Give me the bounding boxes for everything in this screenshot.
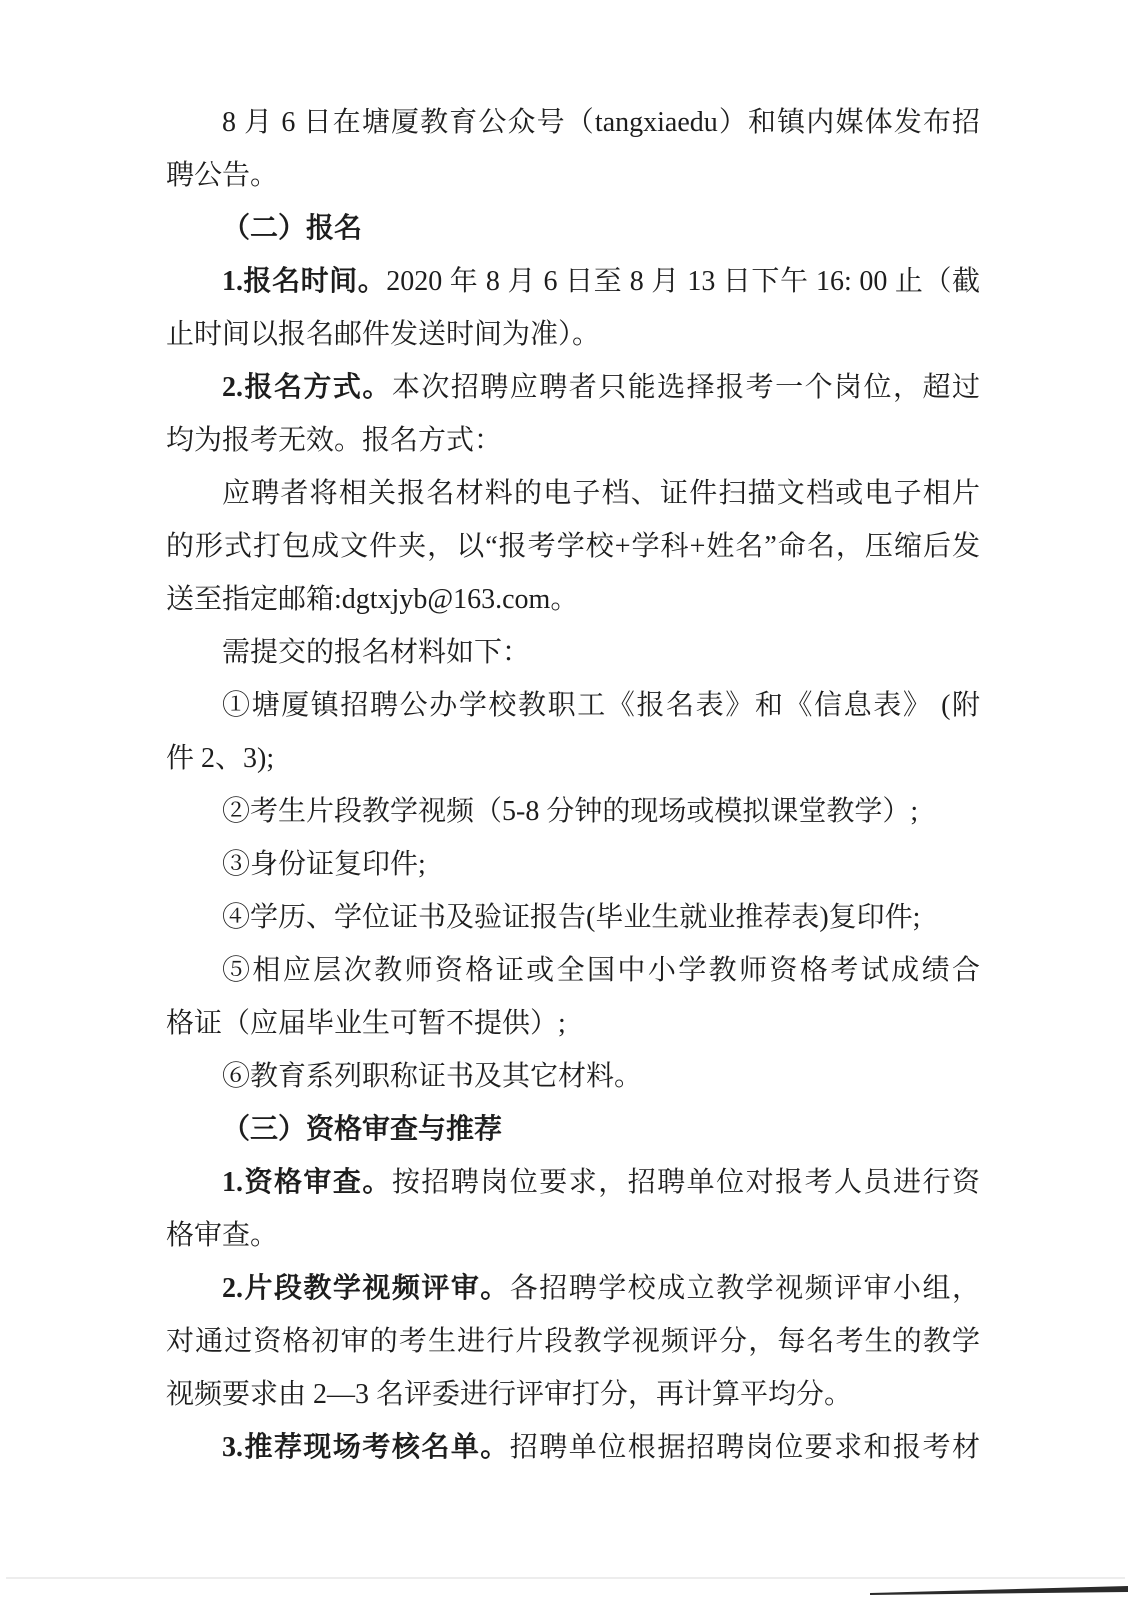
document-text: 8 月 6 日在塘厦教育公众号（tangxiaedu）和镇内媒体发布招聘公告。（… — [166, 96, 980, 1474]
text-line: 视频要求由 2—3 名评委进行评审打分，再计算平均分。 — [166, 1368, 980, 1421]
scan-artifact-rule — [6, 1577, 1125, 1579]
text-line: （三）资格审查与推荐 — [166, 1103, 980, 1156]
text-run: ①塘厦镇招聘公办学校教职工《报名表》和《信息表》 (附 — [222, 690, 980, 721]
text-run: ③身份证复印件; — [222, 849, 426, 880]
bold-run: 1.资格审查。 — [222, 1167, 392, 1198]
text-run: 件 2、3); — [166, 743, 274, 774]
bold-run: （三）资格审查与推荐 — [222, 1114, 502, 1145]
text-line: ⑥教育系列职称证书及其它材料。 — [166, 1050, 980, 1103]
text-line: 1.报名时间。2020 年 8 月 6 日至 8 月 13 日下午 16: 00… — [166, 255, 980, 308]
bold-run: 3.推荐现场考核名单。 — [222, 1432, 510, 1463]
text-line: 格证（应届毕业生可暂不提供）; — [166, 997, 980, 1050]
text-line: 的形式打包成文件夹，以“报考学校+学科+姓名”命名，压缩后发 — [166, 520, 980, 573]
text-line: 格审查。 — [166, 1209, 980, 1262]
text-run: 2020 年 8 月 6 日至 8 月 13 日下午 16: 00 止（截 — [386, 266, 980, 297]
bold-run: 1.报名时间。 — [222, 266, 386, 297]
text-line: ④学历、学位证书及验证报告(毕业生就业推荐表)复印件; — [166, 891, 980, 944]
text-line: 应聘者将相关报名材料的电子档、证件扫描文档或电子相片 — [166, 467, 980, 520]
text-run: 止时间以报名邮件发送时间为准）。 — [166, 319, 600, 350]
text-run: 格证（应届毕业生可暂不提供）; — [166, 1008, 566, 1039]
text-run: ⑤相应层次教师资格证或全国中小学教师资格考试成绩合 — [222, 955, 980, 986]
text-run: 需提交的报名材料如下： — [222, 637, 530, 668]
bold-run: 2.报名方式。 — [222, 372, 392, 403]
text-run: ②考生片段教学视频（5-8 分钟的现场或模拟课堂教学）; — [222, 796, 918, 827]
text-line: 对通过资格初审的考生进行片段教学视频评分，每名考生的教学 — [166, 1315, 980, 1368]
text-run: 本次招聘应聘者只能选择报考一个岗位，超过 — [392, 372, 980, 403]
text-run: ④学历、学位证书及验证报告(毕业生就业推荐表)复印件; — [222, 902, 920, 933]
text-line: 2.片段教学视频评审。各招聘学校成立教学视频评审小组， — [166, 1262, 980, 1315]
text-line: 需提交的报名材料如下： — [166, 626, 980, 679]
bold-run: 2.片段教学视频评审。 — [222, 1273, 510, 1304]
text-run: 聘公告。 — [166, 160, 278, 191]
scan-artifact-mark — [870, 1584, 1130, 1598]
text-line: 均为报考无效。报名方式： — [166, 414, 980, 467]
text-line: ②考生片段教学视频（5-8 分钟的现场或模拟课堂教学）; — [166, 785, 980, 838]
text-line: ①塘厦镇招聘公办学校教职工《报名表》和《信息表》 (附 — [166, 679, 980, 732]
text-line: 聘公告。 — [166, 149, 980, 202]
text-run: 对通过资格初审的考生进行片段教学视频评分，每名考生的教学 — [166, 1326, 980, 1357]
text-run: 8 月 6 日在塘厦教育公众号（tangxiaedu）和镇内媒体发布招 — [222, 107, 980, 138]
text-line: 件 2、3); — [166, 732, 980, 785]
text-run: 按招聘岗位要求，招聘单位对报考人员进行资 — [392, 1167, 980, 1198]
text-line: ⑤相应层次教师资格证或全国中小学教师资格考试成绩合 — [166, 944, 980, 997]
text-line: 8 月 6 日在塘厦教育公众号（tangxiaedu）和镇内媒体发布招 — [166, 96, 980, 149]
text-line: 1.资格审查。按招聘岗位要求，招聘单位对报考人员进行资 — [166, 1156, 980, 1209]
text-run: 均为报考无效。报名方式： — [166, 425, 502, 456]
text-run: 各招聘学校成立教学视频评审小组， — [510, 1273, 980, 1304]
text-run: 视频要求由 2—3 名评委进行评审打分，再计算平均分。 — [166, 1379, 852, 1410]
text-line: 送至指定邮箱:dgtxjyb@163.com。 — [166, 573, 980, 626]
text-run: 格审查。 — [166, 1220, 278, 1251]
text-line: 止时间以报名邮件发送时间为准）。 — [166, 308, 980, 361]
text-run: 的形式打包成文件夹，以“报考学校+学科+姓名”命名，压缩后发 — [166, 531, 980, 562]
text-run: 招聘单位根据招聘岗位要求和报考材 — [510, 1432, 980, 1463]
text-run: 送至指定邮箱:dgtxjyb@163.com。 — [166, 584, 578, 615]
document-page: 8 月 6 日在塘厦教育公众号（tangxiaedu）和镇内媒体发布招聘公告。（… — [0, 0, 1131, 1600]
bold-run: （二）报名 — [222, 213, 362, 244]
text-line: （二）报名 — [166, 202, 980, 255]
text-line: 2.报名方式。本次招聘应聘者只能选择报考一个岗位，超过 — [166, 361, 980, 414]
text-run: 应聘者将相关报名材料的电子档、证件扫描文档或电子相片 — [222, 478, 980, 509]
text-line: 3.推荐现场考核名单。招聘单位根据招聘岗位要求和报考材 — [166, 1421, 980, 1474]
text-line: ③身份证复印件; — [166, 838, 980, 891]
text-run: ⑥教育系列职称证书及其它材料。 — [222, 1061, 642, 1092]
